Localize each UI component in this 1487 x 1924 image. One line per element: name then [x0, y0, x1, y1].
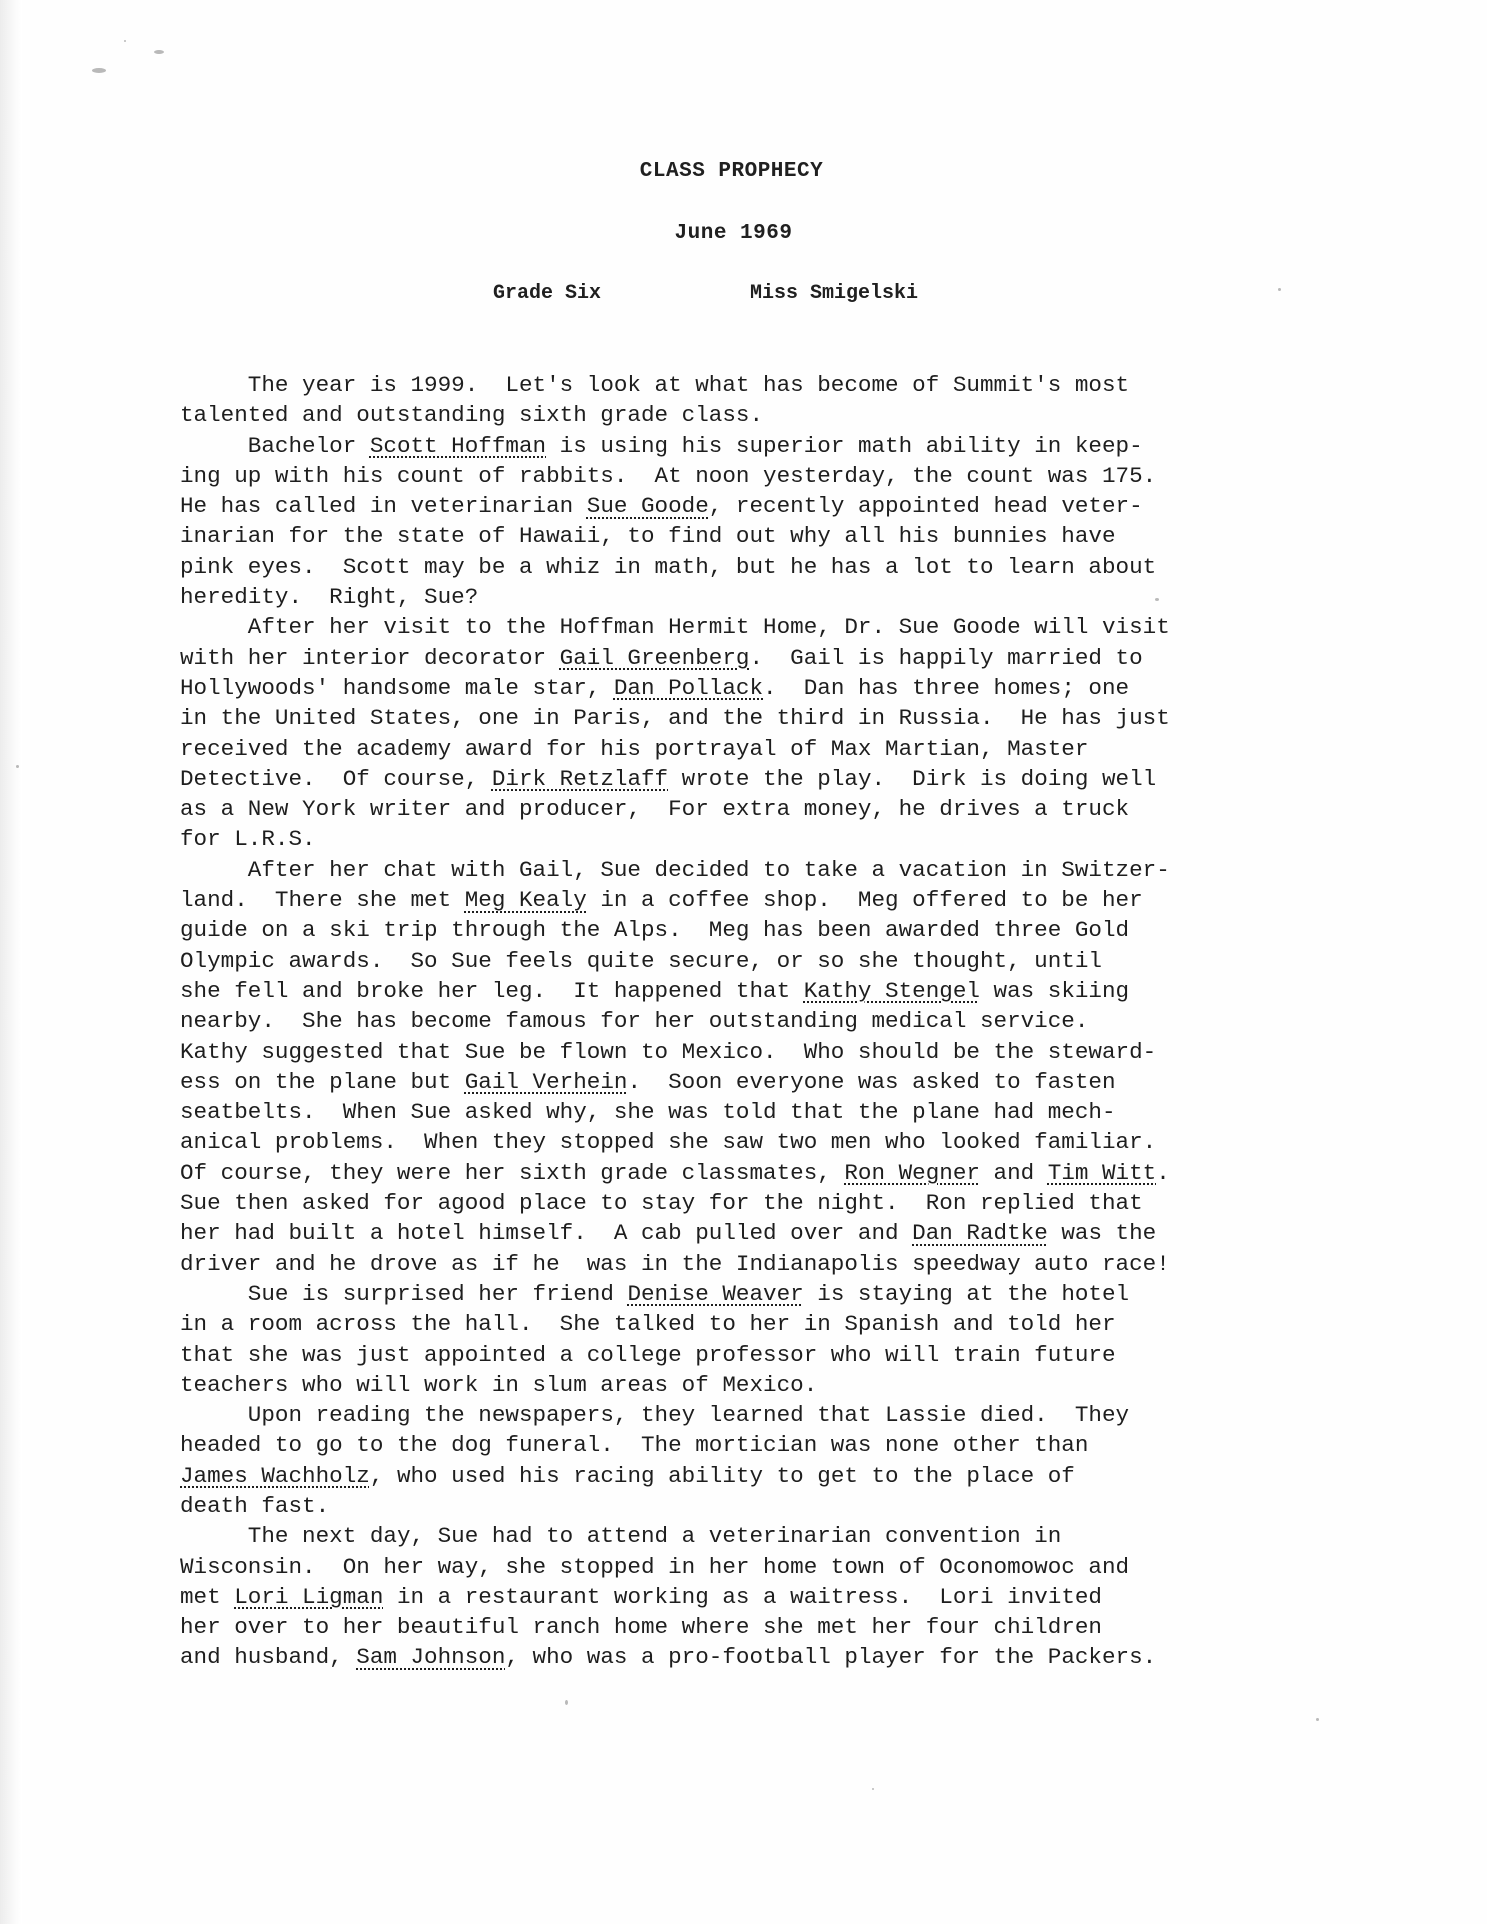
text-segment: with her interior decorator — [180, 645, 560, 671]
text-segment: . Gail is happily married to — [749, 645, 1142, 671]
underlined-student-name: James Wachholz — [180, 1463, 370, 1489]
text-line: met Lori Ligman in a restaurant working … — [180, 1582, 1290, 1612]
text-segment: met — [180, 1584, 234, 1610]
scan-speck — [872, 1788, 874, 1790]
underlined-student-name: Lori Ligman — [234, 1584, 383, 1610]
text-segment: in the United States, one in Paris, and … — [180, 705, 1170, 731]
text-line: her had built a hotel himself. A cab pul… — [180, 1218, 1290, 1248]
scan-speck — [124, 40, 126, 42]
text-line: in the United States, one in Paris, and … — [180, 703, 1290, 733]
text-line: ess on the plane but Gail Verhein. Soon … — [180, 1067, 1290, 1097]
text-line: and husband, Sam Johnson, who was a pro-… — [180, 1642, 1290, 1672]
text-segment: . Soon everyone was asked to fasten — [627, 1069, 1115, 1095]
text-line: anical problems. When they stopped she s… — [180, 1127, 1290, 1157]
text-line: pink eyes. Scott may be a whiz in math, … — [180, 552, 1290, 582]
text-line: driver and he drove as if he was in the … — [180, 1249, 1290, 1279]
text-segment: Olympic awards. So Sue feels quite secur… — [180, 948, 1102, 974]
text-segment: Bachelor — [248, 433, 370, 459]
prophecy-body: The year is 1999. Let's look at what has… — [180, 370, 1290, 1673]
text-segment: Sue then asked for agood place to stay f… — [180, 1190, 1143, 1216]
text-segment: , who used his racing ability to get to … — [370, 1463, 1075, 1489]
text-line: Kathy suggested that Sue be flown to Mex… — [180, 1037, 1290, 1067]
underlined-student-name: Dirk Retzlaff — [492, 766, 668, 792]
text-line: that she was just appointed a college pr… — [180, 1340, 1290, 1370]
text-line: Hollywoods' handsome male star, Dan Poll… — [180, 673, 1290, 703]
text-line: Detective. Of course, Dirk Retzlaff wrot… — [180, 764, 1290, 794]
text-line: inarian for the state of Hawaii, to find… — [180, 521, 1290, 551]
text-segment: as a New York writer and producer, For e… — [180, 796, 1129, 822]
underlined-student-name: Sue Goode — [587, 493, 709, 519]
text-segment: . Dan has three homes; one — [763, 675, 1129, 701]
scan-speck — [1278, 288, 1281, 291]
text-line: with her interior decorator Gail Greenbe… — [180, 643, 1290, 673]
text-segment: anical problems. When they stopped she s… — [180, 1129, 1156, 1155]
underlined-student-name: Denise Weaver — [627, 1281, 803, 1307]
grade-label: Grade Six — [493, 282, 601, 305]
text-segment: Of course, they were her sixth grade cla… — [180, 1160, 844, 1186]
underlined-student-name: Gail Greenberg — [560, 645, 750, 671]
text-segment: The next day, Sue had to attend a veteri… — [248, 1523, 1062, 1549]
underlined-student-name: Kathy Stengel — [804, 978, 980, 1004]
paragraph-first-line: Bachelor Scott Hoffman is using his supe… — [180, 431, 1290, 461]
scan-speck — [92, 68, 106, 73]
text-segment: teachers who will work in slum areas of … — [180, 1372, 817, 1398]
text-segment: nearby. She has become famous for her ou… — [180, 1008, 1088, 1034]
text-line: she fell and broke her leg. It happened … — [180, 976, 1290, 1006]
underlined-student-name: Tim Witt — [1048, 1160, 1156, 1186]
text-line: Wisconsin. On her way, she stopped in he… — [180, 1552, 1290, 1582]
text-segment: pink eyes. Scott may be a whiz in math, … — [180, 554, 1156, 580]
scan-speck — [154, 50, 164, 54]
text-segment: wrote the play. Dirk is doing well — [668, 766, 1156, 792]
text-segment: , who was a pro-football player for the … — [505, 1644, 1156, 1670]
text-segment: land. There she met — [180, 887, 465, 913]
underlined-student-name: Meg Kealy — [465, 887, 587, 913]
underlined-student-name: Dan Radtke — [912, 1220, 1048, 1246]
text-segment: is staying at the hotel — [804, 1281, 1129, 1307]
text-line: Sue then asked for agood place to stay f… — [180, 1188, 1290, 1218]
document-date: June 1969 — [0, 222, 1477, 245]
text-line: nearby. She has become famous for her ou… — [180, 1006, 1290, 1036]
underlined-student-name: Dan Pollack — [614, 675, 763, 701]
text-segment: heredity. Right, Sue? — [180, 584, 478, 610]
document-title: CLASS PROPHECY — [0, 160, 1475, 183]
text-segment: was the — [1048, 1220, 1156, 1246]
text-line: her over to her beautiful ranch home whe… — [180, 1612, 1290, 1642]
text-segment: was skiing — [980, 978, 1129, 1004]
text-segment: headed to go to the dog funeral. The mor… — [180, 1432, 1088, 1458]
text-line: death fast. — [180, 1491, 1290, 1521]
underlined-student-name: Ron Wegner — [844, 1160, 980, 1186]
scanned-page: CLASS PROPHECY June 1969 Grade Six Miss … — [0, 0, 1487, 1924]
text-segment: she fell and broke her leg. It happened … — [180, 978, 804, 1004]
text-line: heredity. Right, Sue? — [180, 582, 1290, 612]
paragraph-first-line: After her visit to the Hoffman Hermit Ho… — [180, 612, 1290, 642]
paragraph-first-line: Sue is surprised her friend Denise Weave… — [180, 1279, 1290, 1309]
text-line: received the academy award for his portr… — [180, 734, 1290, 764]
text-segment: guide on a ski trip through the Alps. Me… — [180, 917, 1129, 943]
text-segment: Wisconsin. On her way, she stopped in he… — [180, 1554, 1129, 1580]
text-segment: Hollywoods' handsome male star, — [180, 675, 614, 701]
text-segment: seatbelts. When Sue asked why, she was t… — [180, 1099, 1116, 1125]
text-segment: ing up with his count of rabbits. At noo… — [180, 463, 1156, 489]
text-segment: that she was just appointed a college pr… — [180, 1342, 1116, 1368]
text-segment: in a restaurant working as a waitress. L… — [383, 1584, 1102, 1610]
paragraph-first-line: After her chat with Gail, Sue decided to… — [180, 855, 1290, 885]
text-segment: . — [1156, 1160, 1170, 1186]
text-line: He has called in veterinarian Sue Goode,… — [180, 491, 1290, 521]
scan-speck — [1316, 1718, 1319, 1721]
text-segment: talented and outstanding sixth grade cla… — [180, 402, 763, 428]
text-segment: Kathy suggested that Sue be flown to Mex… — [180, 1039, 1156, 1065]
text-segment: ess on the plane but — [180, 1069, 465, 1095]
text-segment: her had built a hotel himself. A cab pul… — [180, 1220, 912, 1246]
text-line: Of course, they were her sixth grade cla… — [180, 1158, 1290, 1188]
text-segment: received the academy award for his portr… — [180, 736, 1088, 762]
text-line: ing up with his count of rabbits. At noo… — [180, 461, 1290, 491]
text-segment: Sue is surprised her friend — [248, 1281, 628, 1307]
text-segment: driver and he drove as if he was in the … — [180, 1251, 1170, 1277]
text-segment: After her visit to the Hoffman Hermit Ho… — [248, 614, 1170, 640]
text-segment: for L.R.S. — [180, 826, 316, 852]
text-segment: Upon reading the newspapers, they learne… — [248, 1402, 1129, 1428]
scan-speck — [565, 1700, 568, 1705]
text-line: for L.R.S. — [180, 824, 1290, 854]
text-line: seatbelts. When Sue asked why, she was t… — [180, 1097, 1290, 1127]
scan-speck — [16, 765, 19, 768]
text-line: talented and outstanding sixth grade cla… — [180, 400, 1290, 430]
text-segment: inarian for the state of Hawaii, to find… — [180, 523, 1116, 549]
underlined-student-name: Scott Hoffman — [370, 433, 546, 459]
text-line: as a New York writer and producer, For e… — [180, 794, 1290, 824]
text-segment: is using his superior math ability in ke… — [546, 433, 1143, 459]
text-line: in a room across the hall. She talked to… — [180, 1309, 1290, 1339]
text-line: guide on a ski trip through the Alps. Me… — [180, 915, 1290, 945]
text-segment: and — [980, 1160, 1048, 1186]
text-segment: in a room across the hall. She talked to… — [180, 1311, 1116, 1337]
text-segment: , recently appointed head veter- — [709, 493, 1143, 519]
paragraph-first-line: The year is 1999. Let's look at what has… — [180, 370, 1290, 400]
text-segment: her over to her beautiful ranch home whe… — [180, 1614, 1102, 1640]
paragraph-first-line: The next day, Sue had to attend a veteri… — [180, 1521, 1290, 1551]
text-segment: After her chat with Gail, Sue decided to… — [248, 857, 1170, 883]
teacher-name: Miss Smigelski — [750, 282, 918, 305]
text-segment: The year is 1999. Let's look at what has… — [248, 372, 1129, 398]
text-segment: in a coffee shop. Meg offered to be her — [587, 887, 1143, 913]
text-line: headed to go to the dog funeral. The mor… — [180, 1430, 1290, 1460]
text-segment: death fast. — [180, 1493, 329, 1519]
text-line: Olympic awards. So Sue feels quite secur… — [180, 946, 1290, 976]
text-segment: Detective. Of course, — [180, 766, 492, 792]
text-line: James Wachholz, who used his racing abil… — [180, 1461, 1290, 1491]
underlined-student-name: Gail Verhein — [465, 1069, 628, 1095]
underlined-student-name: Sam Johnson — [356, 1644, 505, 1670]
text-segment: and husband, — [180, 1644, 356, 1670]
text-line: land. There she met Meg Kealy in a coffe… — [180, 885, 1290, 915]
paragraph-first-line: Upon reading the newspapers, they learne… — [180, 1400, 1290, 1430]
text-line: teachers who will work in slum areas of … — [180, 1370, 1290, 1400]
text-segment: He has called in veterinarian — [180, 493, 587, 519]
scan-edge-shadow — [0, 0, 22, 1924]
